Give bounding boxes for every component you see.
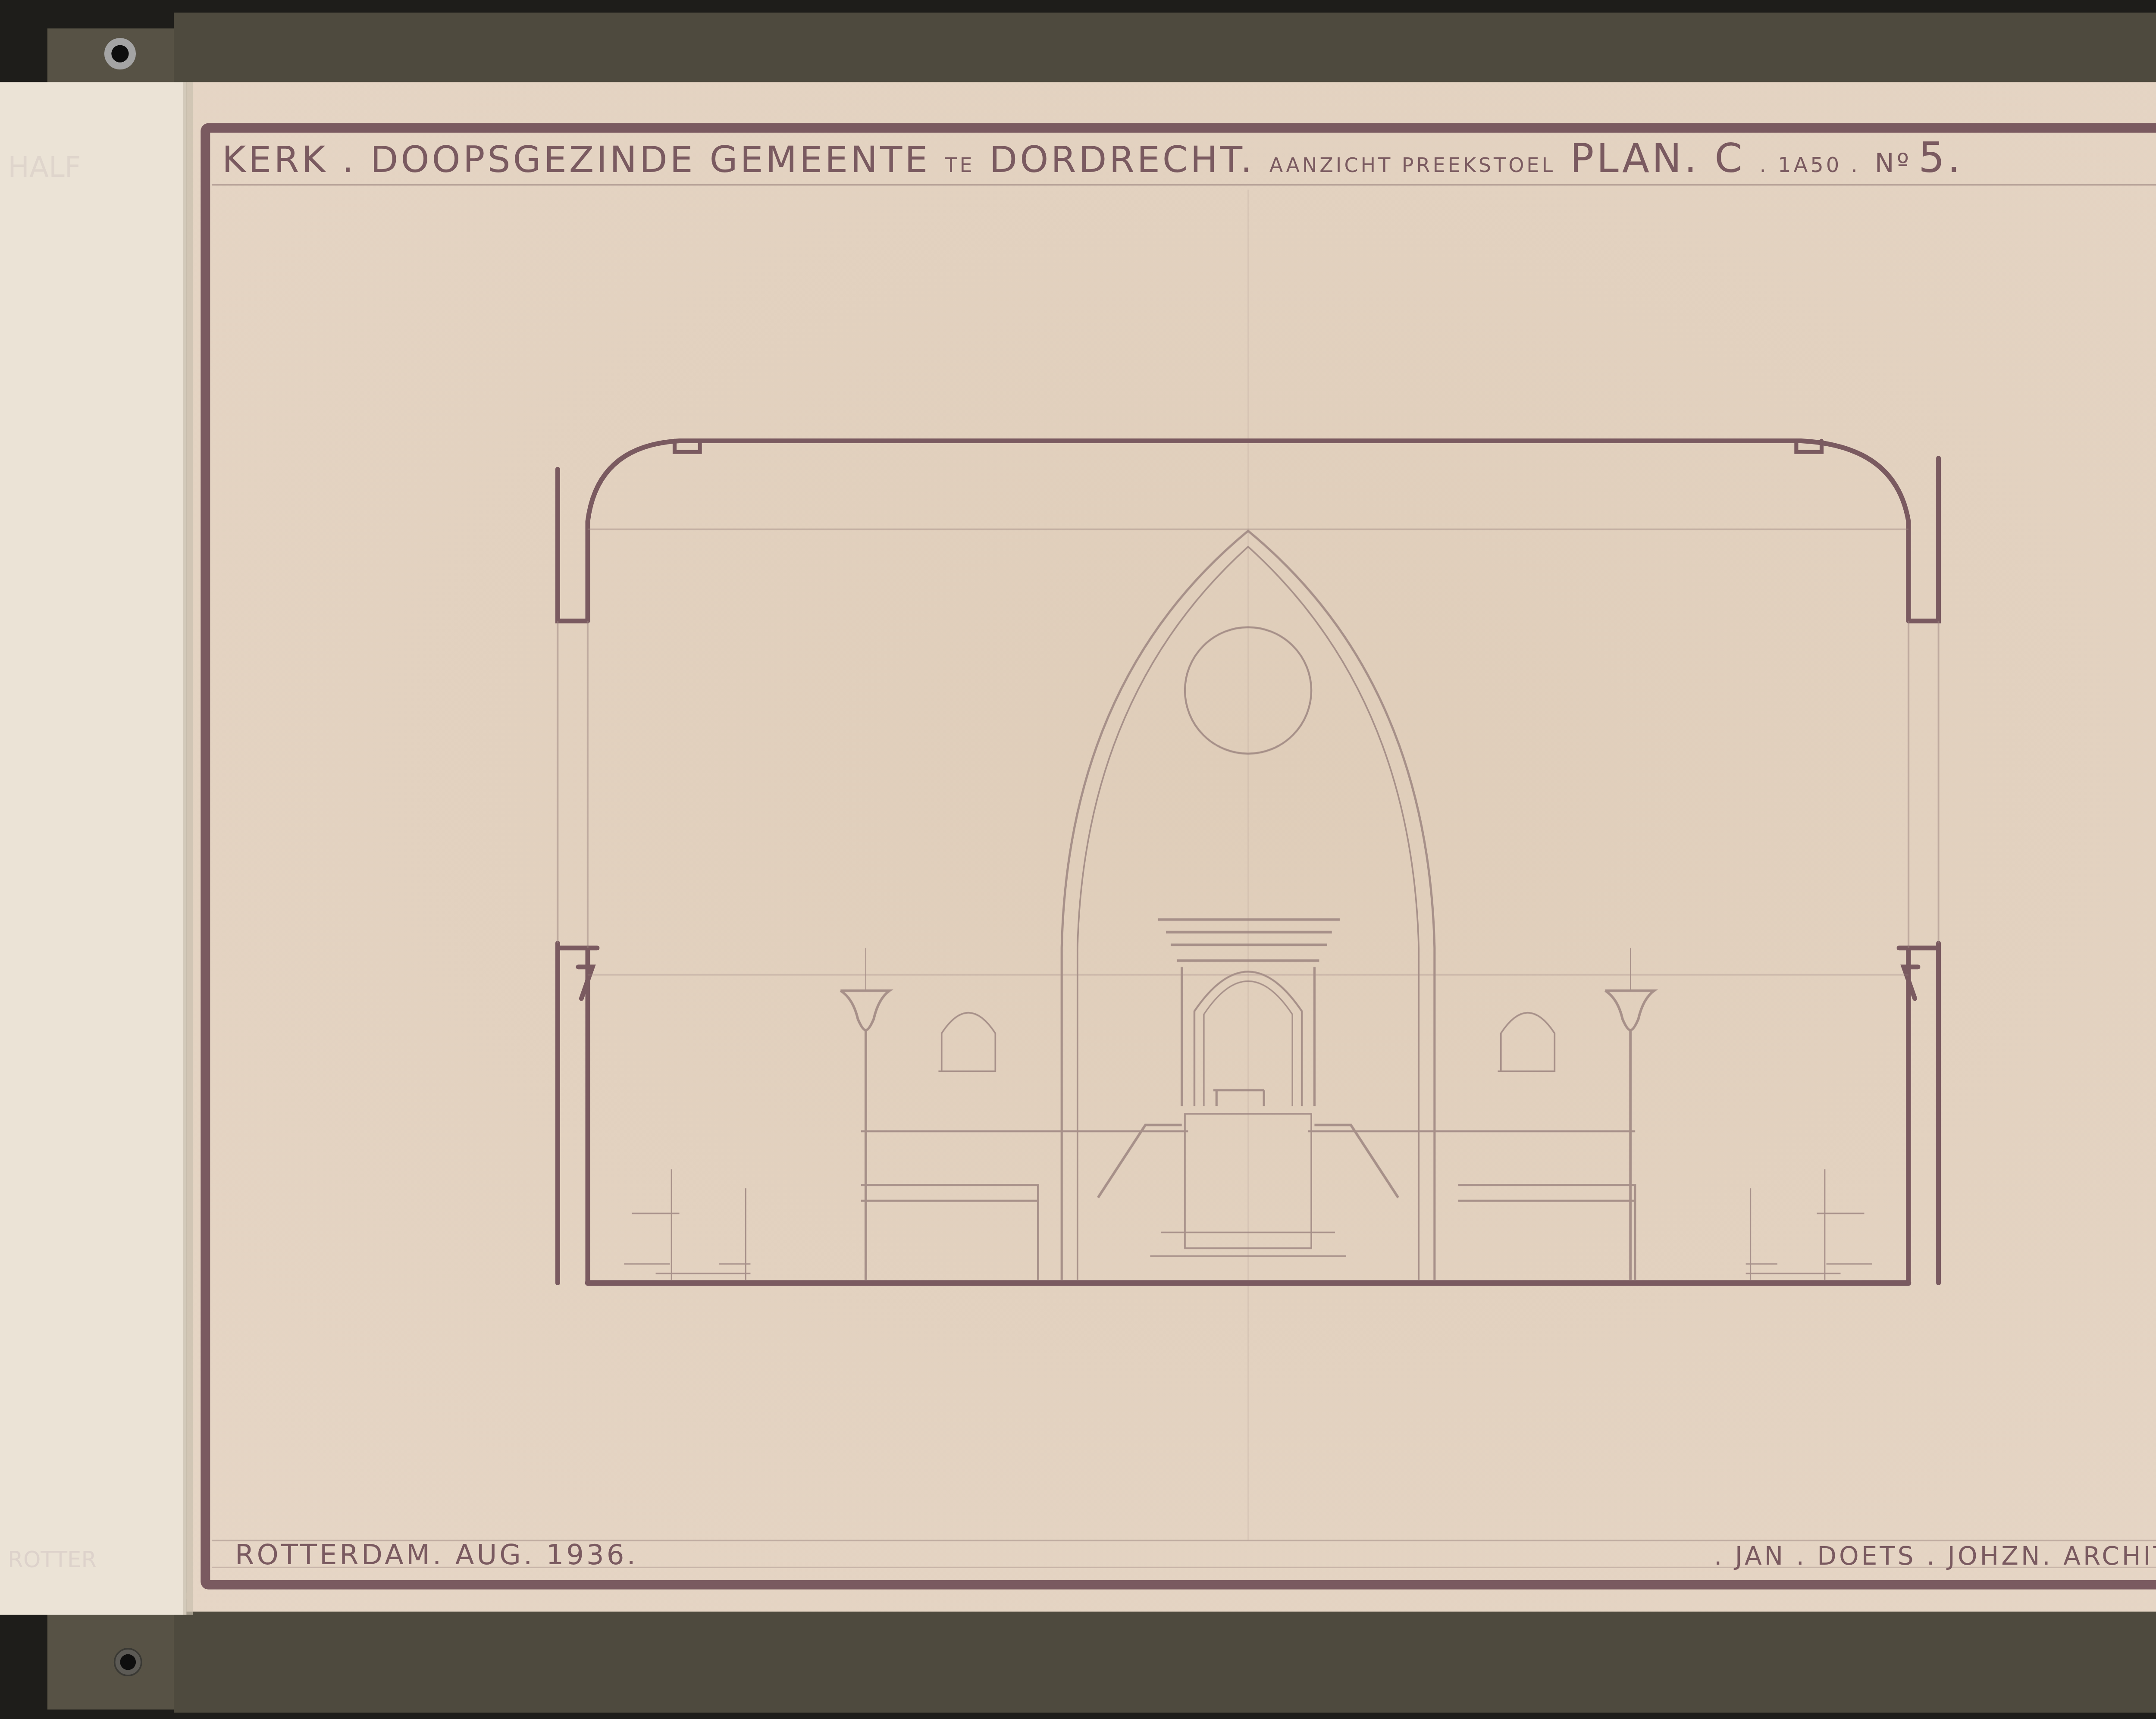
grommet-icon-bottom — [115, 1649, 141, 1675]
scanned-drawing-sheet: HALF ROTTER — [0, 0, 2156, 1719]
architectural-drawing: HALF ROTTER — [0, 0, 2156, 1719]
drawing-paper — [186, 82, 2156, 1612]
grommet-icon-top — [104, 38, 136, 69]
overlay-tissue-page — [0, 82, 186, 1615]
svg-text:HALF: HALF — [8, 150, 81, 184]
svg-text:ROTTER: ROTTER — [8, 1547, 97, 1573]
